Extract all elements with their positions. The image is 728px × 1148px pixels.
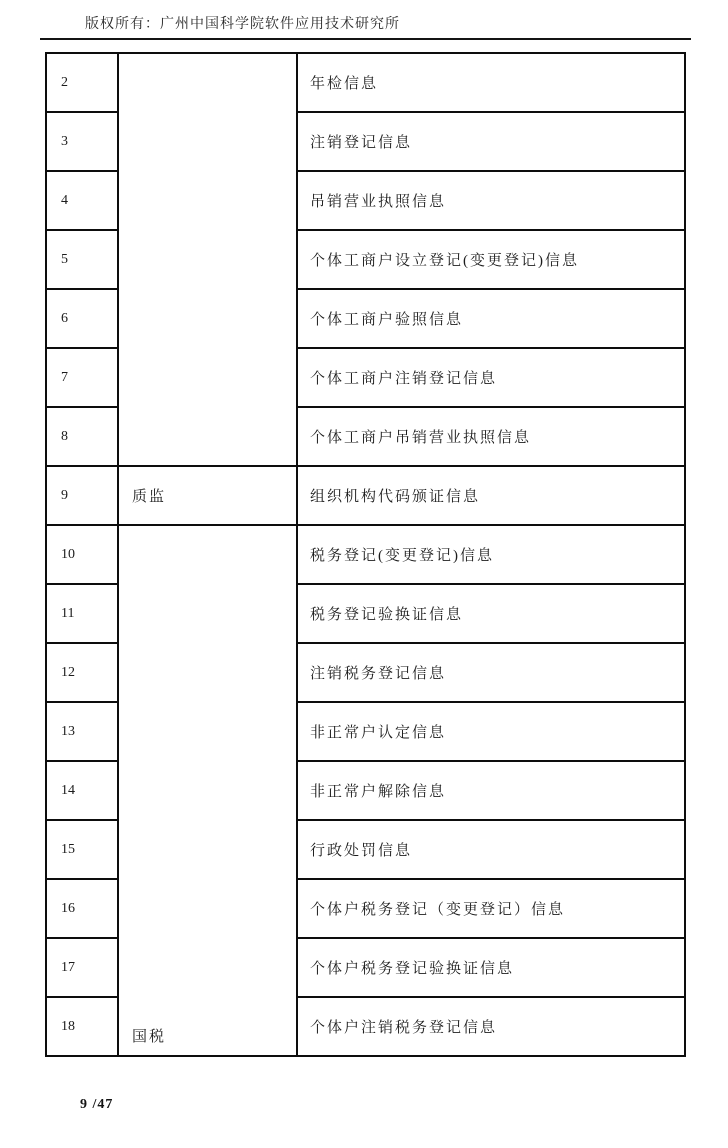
item-cell: 非正常户解除信息 [297,761,685,820]
table-row: 10 国税 税务登记(变更登记)信息 [46,525,685,584]
item-cell: 年检信息 [297,53,685,112]
item-cell: 个体户税务登记（变更登记）信息 [297,879,685,938]
copyright-text: 版权所有：广州中国科学院软件应用技术研究所 [85,13,400,33]
item-cell: 个体工商户验照信息 [297,289,685,348]
row-number-cell: 14 [46,761,118,820]
item-cell: 非正常户认定信息 [297,702,685,761]
row-number-cell: 15 [46,820,118,879]
item-cell: 个体工商户注销登记信息 [297,348,685,407]
document-page: 版权所有：广州中国科学院软件应用技术研究所 2 年检信息 3 注销登记信息 4 … [0,0,728,1148]
row-number-cell: 2 [46,53,118,112]
item-cell: 注销登记信息 [297,112,685,171]
row-number-cell: 5 [46,230,118,289]
dept-cell-blank [118,53,297,466]
row-number-cell: 7 [46,348,118,407]
dept-cell-guoshui: 国税 [118,525,297,1056]
dept-cell-zhijian: 质监 [118,466,297,525]
row-number-cell: 17 [46,938,118,997]
page-number: 9 /47 [80,1097,113,1113]
row-number-cell: 8 [46,407,118,466]
row-number-cell: 12 [46,643,118,702]
item-cell: 行政处罚信息 [297,820,685,879]
table-row: 9 质监 组织机构代码颁证信息 [46,466,685,525]
row-number-cell: 16 [46,879,118,938]
row-number-cell: 18 [46,997,118,1056]
row-number-cell: 4 [46,171,118,230]
item-cell: 税务登记(变更登记)信息 [297,525,685,584]
item-cell: 税务登记验换证信息 [297,584,685,643]
item-cell: 个体户税务登记验换证信息 [297,938,685,997]
row-number-cell: 13 [46,702,118,761]
row-number-cell: 11 [46,584,118,643]
row-number-cell: 6 [46,289,118,348]
row-number-cell: 10 [46,525,118,584]
item-cell: 注销税务登记信息 [297,643,685,702]
item-cell: 吊销营业执照信息 [297,171,685,230]
table-row: 2 年检信息 [46,53,685,112]
item-cell: 个体工商户吊销营业执照信息 [297,407,685,466]
item-cell: 个体工商户设立登记(变更登记)信息 [297,230,685,289]
item-cell: 个体户注销税务登记信息 [297,997,685,1056]
row-number-cell: 9 [46,466,118,525]
info-items-table: 2 年检信息 3 注销登记信息 4 吊销营业执照信息 5 个体工商户设立登记(变… [45,52,686,1057]
row-number-cell: 3 [46,112,118,171]
header-rule [40,38,691,40]
item-cell: 组织机构代码颁证信息 [297,466,685,525]
